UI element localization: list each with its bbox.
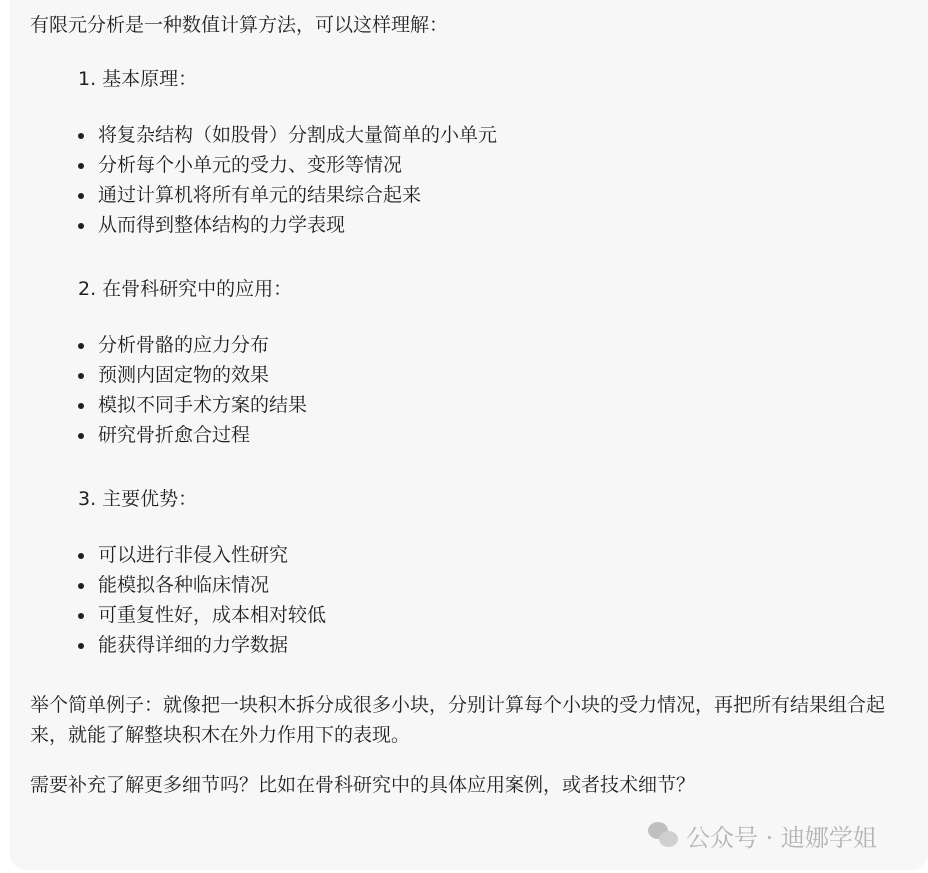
list-item: 模拟不同手术方案的结果 [78, 390, 928, 420]
principle-list: 将复杂结构（如股骨）分割成大量简单的小单元 分析每个小单元的受力、变形等情况 通… [30, 120, 928, 240]
list-item: 将复杂结构（如股骨）分割成大量简单的小单元 [78, 120, 928, 150]
list-item: 分析骨骼的应力分布 [78, 330, 928, 360]
list-item: 通过计算机将所有单元的结果综合起来 [78, 180, 928, 210]
watermark: 公众号 · 迪娜学姐 [648, 818, 877, 853]
advantages-list: 可以进行非侵入性研究 能模拟各种临床情况 可重复性好，成本相对较低 能获得详细的… [30, 540, 928, 660]
section-heading-advantages: 3. 主要优势： [78, 486, 928, 512]
example-paragraph: 举个简单例子：就像把一块积木拆分成很多小块，分别计算每个小块的受力情况，再把所有… [30, 690, 910, 750]
followup-question: 需要补充了解更多细节吗？比如在骨科研究中的具体应用案例，或者技术细节？ [30, 772, 928, 798]
wechat-icon [648, 822, 680, 850]
list-item: 可重复性好，成本相对较低 [78, 600, 928, 630]
list-item: 从而得到整体结构的力学表现 [78, 210, 928, 240]
list-item: 能获得详细的力学数据 [78, 630, 928, 660]
section-heading-application: 2. 在骨科研究中的应用： [78, 276, 928, 302]
assistant-message-bubble: 有限元分析是一种数值计算方法，可以这样理解： 1. 基本原理： 将复杂结构（如股… [10, 0, 928, 870]
list-item: 预测内固定物的效果 [78, 360, 928, 390]
intro-text: 有限元分析是一种数值计算方法，可以这样理解： [30, 12, 928, 38]
list-item: 能模拟各种临床情况 [78, 570, 928, 600]
application-list: 分析骨骼的应力分布 预测内固定物的效果 模拟不同手术方案的结果 研究骨折愈合过程 [30, 330, 928, 450]
list-item: 可以进行非侵入性研究 [78, 540, 928, 570]
section-heading-principle: 1. 基本原理： [78, 66, 928, 92]
list-item: 研究骨折愈合过程 [78, 420, 928, 450]
watermark-text: 公众号 · 迪娜学姐 [686, 818, 877, 853]
list-item: 分析每个小单元的受力、变形等情况 [78, 150, 928, 180]
